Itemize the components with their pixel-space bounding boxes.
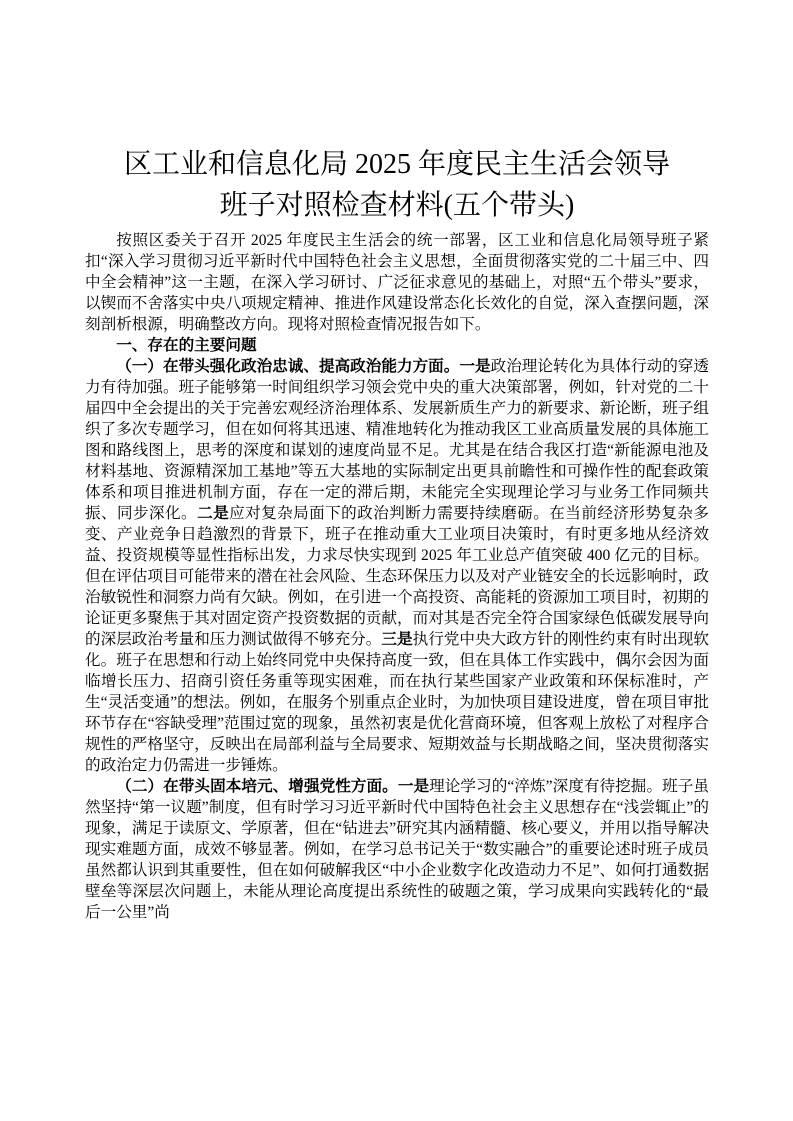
bold-text-run: 一、存在的主要问题 bbox=[116, 337, 256, 354]
bold-text-run: 二是 bbox=[197, 505, 229, 522]
document-title: 区工业和信息化局 2025 年度民主生活会领导 班子对照检查材料(五个带头) bbox=[85, 144, 709, 226]
document-page: 区工业和信息化局 2025 年度民主生活会领导 班子对照检查材料(五个带头) 按… bbox=[0, 0, 793, 1121]
document-title-line-1: 区工业和信息化局 2025 年度民主生活会领导 bbox=[85, 144, 709, 185]
intro-paragraph: 按照区委关于召开 2025 年度民主生活会的统一部署，区工业和信息化局领导班子紧… bbox=[85, 230, 709, 335]
document-title-line-2: 班子对照检查材料(五个带头) bbox=[85, 185, 709, 226]
heading-main-problems: 一、存在的主要问题 bbox=[85, 335, 709, 356]
bold-text-run: （一）在带头强化政治忠诚、提高政治能力方面。一是 bbox=[116, 358, 490, 375]
text-run: 理论学习的“淬炼”深度有待挖掘。班子虽然坚持“第一议题”制度，但有时学习习近平新… bbox=[85, 778, 709, 921]
text-run: 应对复杂局面下的政治判断力需要持续磨砺。在当前经济形势复杂多变、产业竞争日趋激烈… bbox=[85, 505, 709, 648]
paragraph-political-loyalty: （一）在带头强化政治忠诚、提高政治能力方面。一是政治理论转化为具体行动的穿透力有… bbox=[85, 356, 709, 776]
document-body: 按照区委关于召开 2025 年度民主生活会的统一部署，区工业和信息化局领导班子紧… bbox=[85, 230, 709, 923]
paragraph-party-spirit: （二）在带头固本培元、增强党性方面。一是理论学习的“淬炼”深度有待挖掘。班子虽然… bbox=[85, 776, 709, 923]
text-run: 按照区委关于召开 2025 年度民主生活会的统一部署，区工业和信息化局领导班子紧… bbox=[85, 232, 709, 333]
bold-text-run: （二）在带头固本培元、增强党性方面。一是 bbox=[116, 778, 429, 795]
text-run: 执行党中央大政方针的刚性约束有时出现软化。班子在思想和行动上始终同党中央保持高度… bbox=[85, 631, 709, 774]
text-run: 政治理论转化为具体行动的穿透力有待加强。班子能够第一时间组织学习领会党中央的重大… bbox=[85, 358, 709, 522]
bold-text-run: 三是 bbox=[381, 631, 412, 648]
